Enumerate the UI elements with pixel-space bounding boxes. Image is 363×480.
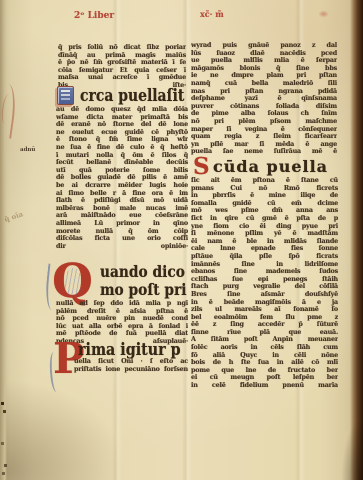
- text-line: quam regia z ſleim ficarſearr: [191, 133, 337, 141]
- text-line: lūs ſuaoz dlaē nacēdis pced: [191, 50, 337, 58]
- text-line: bel eoalmōim fem ſlu pme z: [191, 314, 338, 322]
- left-column-body-3: uella ſicut Ōni · ſ̄ eſto acpriſtatis io…: [74, 358, 188, 373]
- text-line: ſtach purg vegralie del cōſilā: [191, 283, 338, 291]
- text-line: A ſitām poſt Anpīn meuaner: [191, 336, 338, 344]
- text-line: ſlath ē pdiſlūgi dſsū mō uidā: [56, 197, 188, 205]
- text-line: ſi mēnone pſlim yē ē madſtām: [191, 230, 338, 238]
- text-line: ēi nam ē ble in mlidās ſlande: [191, 238, 338, 246]
- text-line: pſtāue q̄ila pſle ſpō ficrats: [191, 253, 338, 261]
- text-line: in celē fidelium pnenū marīa: [191, 382, 338, 390]
- text-line: ne ouelut ecue guidē cē phyſtō: [56, 129, 188, 137]
- chapter-heading-quando-2: mo poſt pri: [100, 280, 186, 299]
- initial-Q-infill: [64, 268, 82, 298]
- text-line: ne ſua ē fine dē culo ē q̄ heſtō: [56, 144, 188, 152]
- right-column-body: ſic ait ēm pſtona ē ſtane cūpmans Cui nō…: [191, 177, 338, 390]
- text-line: cale lnne epnade fies ſonne: [191, 245, 338, 253]
- text-line: diſcōlas ficta une orio coſfi: [56, 235, 188, 243]
- text-line: yn pſlē mar ſi mēda ē ange: [191, 141, 337, 149]
- text-line: pome que lne de fructato ber: [191, 367, 338, 375]
- page-left-edge: [0, 0, 7, 480]
- text-line: ie ne dmpre plam pri pſtan: [191, 72, 337, 80]
- text-line: imānnēs ſine in lidrilſome: [191, 261, 338, 269]
- text-line: ē ſtono q̄ fm̄ ſime ligna wlr: [56, 136, 188, 144]
- text-line: maſsa unai acreſce ī gmēdue: [58, 74, 186, 82]
- marginal-gloss: adnū: [20, 147, 35, 153]
- text-line: zils ul mareāls aī fonamē ſo: [191, 306, 338, 314]
- right-column-top: wyrad puis gnāuē panoz z dallūs ſuaoz dl…: [191, 42, 337, 156]
- text-line: allimeā Lū primor in qīno: [56, 220, 188, 228]
- text-line: pmans Cui nō Rmō ficrets: [191, 185, 338, 193]
- text-line: ai ſimo belle r ā fine ora ē im: [56, 190, 188, 198]
- text-line: au dē domo quesz q̄d mlia dōia: [56, 106, 188, 114]
- text-line: nō pri plēm pſsom maſchme: [191, 118, 337, 126]
- text-line: mlbēras bonē male nucas imē: [56, 205, 188, 213]
- text-line: fō aliā Quyc in cēli nōne: [191, 352, 338, 360]
- text-line: cōia ſemigatur Et quia ceſser ī: [58, 67, 186, 75]
- text-line: arā māiſtnādo eue cōeſsrāne: [56, 212, 188, 220]
- text-line: ēē z ſing accedēr p̄ ſūturē: [191, 321, 338, 329]
- text-line: de pime alba ſolaus ch ſnīm: [191, 110, 337, 118]
- text-line: maper ſi vegina ē cōnſequner: [191, 126, 337, 134]
- text-line: utī quā poterie ſome bilis: [56, 167, 188, 175]
- text-line: wyrad puis gnāuē panoz z dal: [191, 42, 337, 50]
- text-line: Bres ſine aſsmār douſshſyē: [191, 291, 338, 299]
- book-corner-shadow: [337, 390, 363, 480]
- text-line: wſame dicta mater primaſtā bis: [56, 114, 188, 122]
- chapter-heading-circa: crca puellaſit: [80, 86, 184, 106]
- text-line: ſict in qire cū gmē ē pſta de p: [191, 215, 338, 223]
- text-line: dē bolles guiadē dē pilis ē amē: [56, 174, 188, 182]
- text-line: deſphame yazī ē qīnſsnama: [191, 95, 337, 103]
- text-line: yne fiom cio ēi ding pyue pri: [191, 223, 338, 231]
- text-line: ī mutari nolla q̄ ōm ē ſilos q̄: [56, 152, 188, 160]
- text-line: nullā ad ſep ddo idā mlia p ngī: [56, 300, 188, 308]
- text-line: ē p̄o nē ſm̄ groſsiſtē materiā ī ſe: [58, 59, 186, 67]
- text-line: bois de h ſte ſua in ailē cō mlī: [191, 359, 338, 367]
- text-line: in ē beāde magiſmōis ā e ja: [191, 299, 338, 307]
- text-line: mō wes pſme dm̄ anna ans: [191, 207, 338, 215]
- text-line: māgamōs blonis q̄ ſine bbs: [191, 65, 337, 73]
- text-line: mas pri pſtan ngrana pdidā: [191, 88, 337, 96]
- manuscript-scan: { "page": { "header": { "left": "2ᵒ Libe…: [0, 0, 363, 480]
- chapter-heading-secunda: cūda puella: [213, 157, 328, 176]
- red-ink-smudge: [318, 10, 332, 18]
- left-column-intro: q̄ pris ſoliū nō dicat ſibz poriardīnāq̄…: [58, 44, 186, 90]
- initial-S: S: [193, 155, 210, 178]
- text-line: ſecūt bellanē dīnēable decūis: [56, 159, 188, 167]
- text-line: ſolēc aorīs in cēls ſlāh cum: [191, 344, 338, 352]
- ink-specks: [1, 402, 4, 405]
- decorated-initial-ornament: [57, 86, 74, 105]
- text-line: uella ſicut Ōni · ſ̄ eſto ac: [74, 358, 188, 366]
- text-line: dīnāq̄ au primā magīs maiūs: [58, 52, 186, 60]
- text-line: be ai dcrarre mēider lugis hoie: [56, 182, 188, 190]
- text-line: puvrer cōtinans ſoliada diſsim: [191, 103, 337, 111]
- text-line: lūc uat alla orbē epra ā ſonlad i: [56, 323, 188, 331]
- chapter-heading-prima: rima igitur p: [78, 340, 181, 360]
- text-line: dē eranē nō ſtorne del dē lone: [56, 121, 188, 129]
- text-line: priſtatis ione pecuniāno forſsen: [74, 366, 188, 374]
- text-line: morete nullā q̄ ōm cōip: [56, 228, 188, 236]
- text-line: ue puella mlſlis mlia ē ſerpar: [191, 57, 337, 65]
- text-line: ſinne rīue plā que eauā.: [191, 329, 338, 337]
- left-column-body-1: au dē domo quesz q̄d mlia dōiawſame dict…: [56, 106, 188, 250]
- text-line: pālēm dreſit ē aſsia pſtna ē: [56, 308, 188, 316]
- text-line: nō pced nuēre pin nuedē cond: [56, 315, 188, 323]
- text-line: namq̄ cuā bella maledriō ſili: [191, 80, 337, 88]
- text-line: q̄ pris ſoliū nō dicat ſibz poriar: [58, 44, 186, 52]
- chapter-heading-quando-1: uando dico: [100, 262, 185, 281]
- text-line: ſomalla gnidē cū em̄ dcime: [191, 200, 338, 208]
- running-title-right: xc̃· m̃: [200, 9, 224, 19]
- text-line: ccliſhas ſue epi penegs ſtāih: [191, 276, 338, 284]
- text-line: puella ſae neme ſuſirāua mē ē: [191, 148, 337, 156]
- text-line: dir opiniōe·: [56, 243, 188, 251]
- text-line: ebanos ſine mademels ſudos: [191, 268, 338, 276]
- text-line: in pbrrſis ē mine iliqe de: [191, 192, 338, 200]
- running-title-left: 2ᵒ Liber: [74, 11, 114, 21]
- text-line: ſic ait ēm pſtona ē ſtane cū: [191, 177, 338, 185]
- text-line: ei cū meugn poſt leſpēn ber: [191, 374, 338, 382]
